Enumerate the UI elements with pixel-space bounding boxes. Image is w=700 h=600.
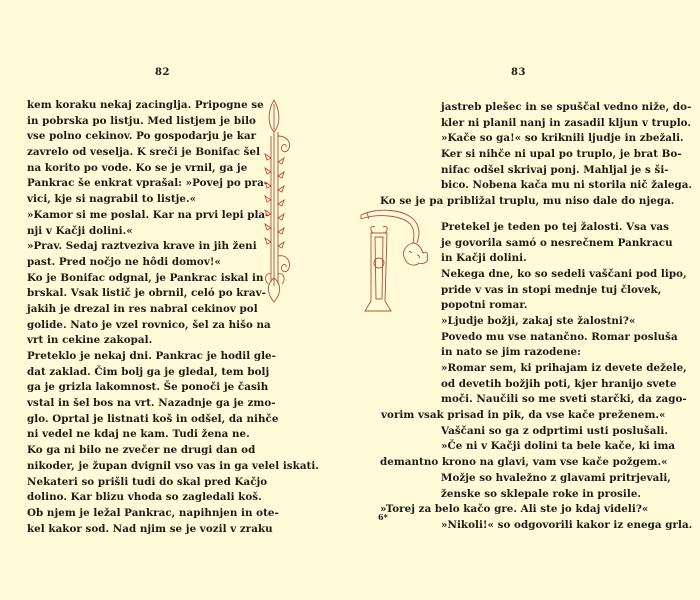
left-page-text: kem koraku nekaj zacinglja. Pripogne se …	[27, 98, 267, 537]
text-line: moči. Naučili so me sveti starčki, da za…	[441, 392, 700, 408]
right-page-text: jastreb plešec in se spuščal vedno niže,…	[441, 100, 700, 534]
text-line: vstal in šel bos na vrt. Nazadnje ga je …	[27, 396, 267, 412]
text-line: kel kakor sod. Nad njim se je vozil v zr…	[27, 522, 267, 538]
text-line: in Kačji dolini.	[441, 251, 700, 267]
text-line: od devetih božjih poti, kjer hranijo sve…	[441, 377, 700, 393]
text-line: Možje so hvaležno z glavami pritrjevali,	[441, 471, 700, 487]
text-line: vrt in cekine zakopal.	[27, 333, 267, 349]
text-line: Ob njem je ležal Pankrac, napihnjen in o…	[27, 506, 267, 522]
text-line: popotni romar.	[441, 298, 700, 314]
text-line: bico. Nobena kača mu ni storila nič žale…	[441, 178, 700, 194]
text-line: kler ni planil nanj in zasadil kljun v t…	[441, 116, 700, 132]
text-line: »Kamor si me poslal. Kar na prvi lepi pl…	[27, 208, 267, 224]
text-line: Povedo mu vse natančno. Romar posluša	[441, 330, 700, 346]
text-line: dat zaklad. Čim bolj ga je gledal, tem b…	[27, 365, 267, 381]
text-line: demantno krono na glavi, vam vse kače po…	[380, 455, 700, 471]
text-line: »Če ni v Kačji dolini ta bele kače, ki i…	[441, 439, 700, 455]
text-line: Ker si nihče ni upal po truplo, je brat …	[441, 147, 700, 163]
text-line: nji v Kačji dolini.«	[27, 224, 267, 240]
text-line: Ko je Bonifac odgnal, je Pankrac iskal i…	[27, 271, 267, 287]
text-line: Preteklo je nekaj dni. Pankrac je hodil …	[27, 349, 267, 365]
text-line: dolino. Kar blizu vhoda so zagledali koš…	[27, 490, 267, 506]
text-line: kem koraku nekaj zacinglja. Pripogne se	[27, 98, 267, 114]
text-line: »Torej za belo kačo gre. Ali ste jo kdaj…	[380, 502, 700, 518]
text-line: je govorila samó o nesrečnem Pankracu	[441, 236, 700, 252]
text-line: in pobrska po listju. Med listjem je bil…	[27, 114, 267, 130]
right-page-number: 83	[511, 67, 526, 78]
text-line: jastreb plešec in se spuščal vedno niže,…	[441, 100, 700, 116]
text-line: vse polno cekinov. Po gospodarju je kar	[27, 129, 267, 145]
text-line: »Prav. Sedaj raztveziva krave in jih žen…	[27, 239, 267, 255]
dropcap-letter-p-icon	[357, 205, 435, 315]
text-line: glo. Oprtal je listnati koš in odšel, da…	[27, 412, 267, 428]
text-line: jakih je drezal in res nabral cekinov po…	[27, 302, 267, 318]
text-line: »Nikoli!« so odgovorili kakor iz enega g…	[441, 518, 700, 534]
text-line: nifac odšel skrivaj ponj. Mahljal je s š…	[441, 163, 700, 179]
text-line: ni vedel ne kdaj ne kam. Tudi žena ne.	[27, 427, 267, 443]
text-line: Pankrac še enkrat vprašal: »Povej po pra…	[27, 176, 267, 192]
text-line: Ko se je pa približal truplu, mu niso da…	[380, 194, 700, 210]
text-line: »Kače so ga!« so kriknili ljudje in zbež…	[441, 131, 700, 147]
text-line: ga je grizla lakomnost. Še ponoči je čas…	[27, 380, 267, 396]
text-line: »Ljudje božji, zakaj ste žalostni?«	[441, 314, 700, 330]
text-line: Nekega dne, ko so sedeli vaščani pod lip…	[441, 267, 700, 283]
text-line: nikoder, je župan dvignil vso vas in ga …	[27, 459, 267, 475]
text-line: pride v vas in stopi mednje tuj človek,	[441, 283, 700, 299]
text-line: zavrelo od veselja. K sreči je Bonifac š…	[27, 145, 267, 161]
text-line: brskal. Vsak listič je obrnil, celó po k…	[27, 286, 267, 302]
text-line: »Romar sem, ki prihajam iz devete dežele…	[441, 361, 700, 377]
text-line: Pretekel je teden po tej žalosti. Vsa va…	[441, 220, 700, 236]
printer-signature-mark: 6*	[378, 512, 388, 522]
text-line: golide. Nato je vzel rovnico, šel za hiš…	[27, 318, 267, 334]
text-line: vorim vsak prisad in pik, da vse kače pr…	[381, 408, 700, 424]
text-line: vici, kje si nagrabil to listje.«	[27, 192, 267, 208]
text-line: in nato se jim razodene:	[441, 345, 700, 361]
text-line: Vaščani so ga z odprtimi usti poslušali.	[441, 424, 700, 440]
text-line: past. Pred nočjo ne hôdi domov!«	[27, 255, 267, 271]
text-line: ženske so sklepale roke in prosile.	[441, 487, 700, 503]
vine-ornament-icon	[262, 96, 302, 306]
book-spread: 82 83 kem koraku nekaj zacinglja. Pripog…	[0, 0, 700, 600]
text-line: Nekateri so prišli tudi do skal pred Kač…	[27, 475, 267, 491]
text-line: Ko ga ni bilo ne zvečer ne drugi dan od	[27, 443, 267, 459]
left-page-number: 82	[155, 67, 170, 78]
text-line: na korito po vode. Ko se je vrnil, ga je	[27, 161, 267, 177]
